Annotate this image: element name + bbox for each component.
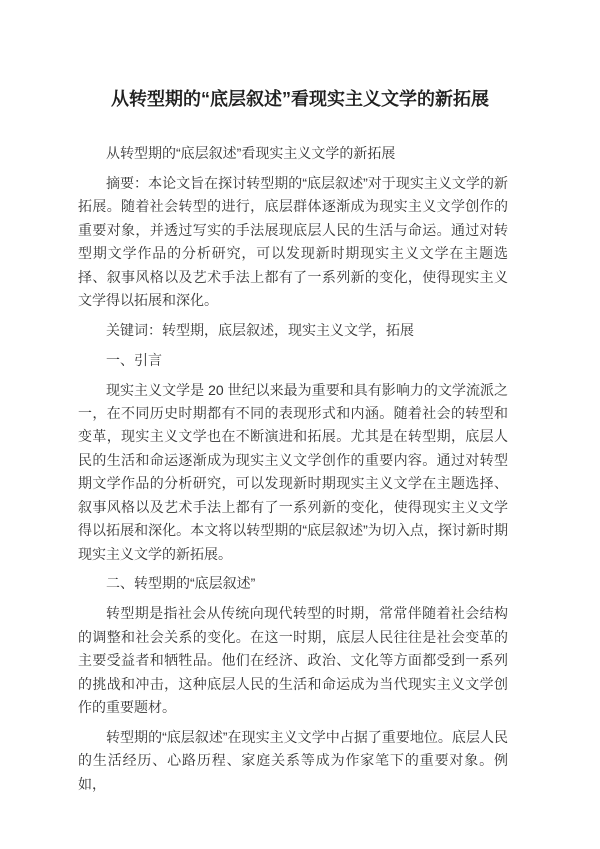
section-2-heading: 二、转型期的“底层叙述” — [78, 572, 508, 595]
document-page: 从转型期的“底层叙述”看现实主义文学的新拓展 从转型期的“底层叙述”看现实主义文… — [0, 0, 600, 849]
abstract-paragraph: 摘要：本论文旨在探讨转型期的“底层叙述”对于现实主义文学的新拓展。随着社会转型的… — [78, 172, 508, 312]
section-1-paragraph-1: 现实主义文学是 20 世纪以来最为重要和具有影响力的文学流派之一，在不同历史时期… — [78, 379, 508, 566]
section-2-paragraph-1: 转型期是指社会从传统向现代转型的时期，常常伴随着社会结构的调整和社会关系的变化。… — [78, 602, 508, 719]
keywords-line: 关键词：转型期，底层叙述，现实主义文学，拓展 — [78, 319, 508, 342]
section-1-heading: 一、引言 — [78, 349, 508, 372]
document-subtitle: 从转型期的“底层叙述”看现实主义文学的新拓展 — [78, 142, 508, 165]
document-title: 从转型期的“底层叙述”看现实主义文学的新拓展 — [78, 86, 522, 112]
section-2-paragraph-2: 转型期的“底层叙述”在现实主义文学中占据了重要地位。底层人民的生活经历、心路历程… — [78, 726, 508, 796]
